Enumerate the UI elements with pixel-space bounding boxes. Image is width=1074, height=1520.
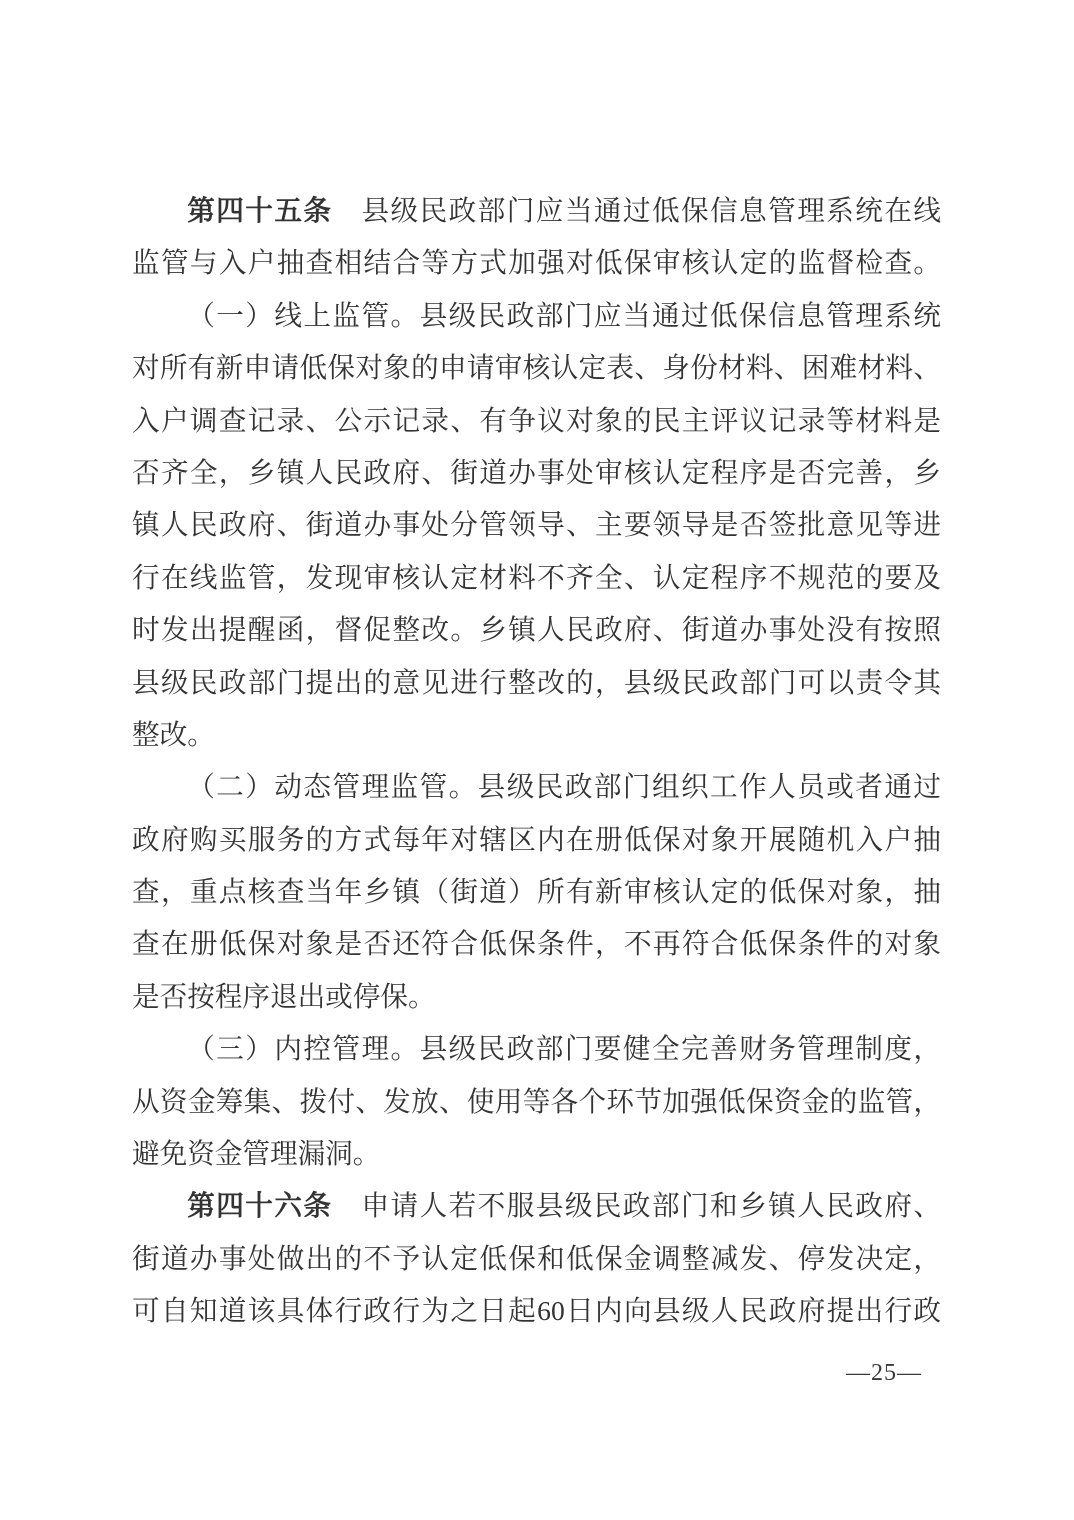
page-number: —25— <box>846 1358 922 1388</box>
text-run: 街道办事处做出的不予认定低保和低保金调整减发、停发决定， <box>132 1243 941 1274</box>
text-run: 查，重点核查当年乡镇（街道）所有新审核认定的低保对象，抽 <box>132 876 941 907</box>
text-line: 监管与入户抽查相结合等方式加强对低保审核认定的监督检查。 <box>132 237 941 289</box>
text-run: 监管与入户抽查相结合等方式加强对低保审核认定的监督检查。 <box>132 247 941 278</box>
text-line: 查在册低保对象是否还符合低保条件，不再符合低保条件的对象 <box>132 918 941 970</box>
text-line: 行在线监管，发现审核认定材料不齐全、认定程序不规范的要及 <box>132 552 941 604</box>
text-line: 查，重点核查当年乡镇（街道）所有新审核认定的低保对象，抽 <box>132 866 941 918</box>
text-run: 申请人若不服县级民政部门和乡镇人民政府、 <box>332 1190 941 1221</box>
text-run: 行在线监管，发现审核认定材料不齐全、认定程序不规范的要及 <box>132 562 941 593</box>
article-number-heading: 第四十五条 <box>187 195 332 226</box>
text-line: 街道办事处做出的不予认定低保和低保金调整减发、停发决定， <box>132 1233 941 1285</box>
text-run: 从资金筹集、拨付、发放、使用等各个环节加强低保资金的监管， <box>132 1086 941 1117</box>
text-run: 对所有新申请低保对象的申请审核认定表、身份材料、困难材料、 <box>132 352 941 383</box>
text-run: （三）内控管理。县级民政部门要健全完善财务管理制度， <box>187 1033 941 1064</box>
text-line: 可自知道该具体行政行为之日起60日内向县级人民政府提出行政 <box>132 1285 941 1337</box>
text-run: 入户调查记录、公示记录、有争议对象的民主评议记录等材料是 <box>132 405 941 436</box>
text-line: 从资金筹集、拨付、发放、使用等各个环节加强低保资金的监管， <box>132 1076 941 1128</box>
text-line: 整改。 <box>132 709 941 761</box>
text-line: （一）线上监管。县级民政部门应当通过低保信息管理系统 <box>132 290 941 342</box>
text-line: 县级民政部门提出的意见进行整改的，县级民政部门可以责令其 <box>132 657 941 709</box>
text-run: 县级民政部门应当通过低保信息管理系统在线 <box>332 195 941 226</box>
text-run: 查在册低保对象是否还符合低保条件，不再符合低保条件的对象 <box>132 928 941 959</box>
text-run: 可自知道该具体行政行为之日起60日内向县级人民政府提出行政 <box>132 1295 941 1326</box>
text-run: 否齐全，乡镇人民政府、街道办事处审核认定程序是否完善，乡 <box>132 457 941 488</box>
text-run: 时发出提醒函，督促整改。乡镇人民政府、街道办事处没有按照 <box>132 614 941 645</box>
text-line: 是否按程序退出或停保。 <box>132 971 941 1023</box>
article-number-heading: 第四十六条 <box>187 1190 332 1221</box>
text-line: 政府购买服务的方式每年对辖区内在册低保对象开展随机入户抽 <box>132 814 941 866</box>
text-line: 否齐全，乡镇人民政府、街道办事处审核认定程序是否完善，乡 <box>132 447 941 499</box>
text-line: 第四十六条 申请人若不服县级民政部门和乡镇人民政府、 <box>132 1180 941 1232</box>
text-line: （二）动态管理监管。县级民政部门组织工作人员或者通过 <box>132 761 941 813</box>
text-run: （一）线上监管。县级民政部门应当通过低保信息管理系统 <box>187 300 941 331</box>
document-body: 第四十五条 县级民政部门应当通过低保信息管理系统在线监管与入户抽查相结合等方式加… <box>132 185 941 1338</box>
text-run: 避免资金管理漏洞。 <box>132 1138 380 1169</box>
text-line: 对所有新申请低保对象的申请审核认定表、身份材料、困难材料、 <box>132 342 941 394</box>
text-run: 镇人民政府、街道办事处分管领导、主要领导是否签批意见等进 <box>132 509 941 540</box>
text-line: 时发出提醒函，督促整改。乡镇人民政府、街道办事处没有按照 <box>132 604 941 656</box>
text-line: 入户调查记录、公示记录、有争议对象的民主评议记录等材料是 <box>132 395 941 447</box>
document-page: 第四十五条 县级民政部门应当通过低保信息管理系统在线监管与入户抽查相结合等方式加… <box>0 0 1074 1520</box>
text-run: （二）动态管理监管。县级民政部门组织工作人员或者通过 <box>187 771 941 802</box>
text-run: 整改。 <box>132 719 215 750</box>
text-run: 是否按程序退出或停保。 <box>132 981 436 1012</box>
text-line: 避免资金管理漏洞。 <box>132 1128 941 1180</box>
text-line: 第四十五条 县级民政部门应当通过低保信息管理系统在线 <box>132 185 941 237</box>
text-line: 镇人民政府、街道办事处分管领导、主要领导是否签批意见等进 <box>132 499 941 551</box>
text-run: 政府购买服务的方式每年对辖区内在册低保对象开展随机入户抽 <box>132 824 941 855</box>
text-run: 县级民政部门提出的意见进行整改的，县级民政部门可以责令其 <box>132 667 941 698</box>
text-line: （三）内控管理。县级民政部门要健全完善财务管理制度， <box>132 1023 941 1075</box>
